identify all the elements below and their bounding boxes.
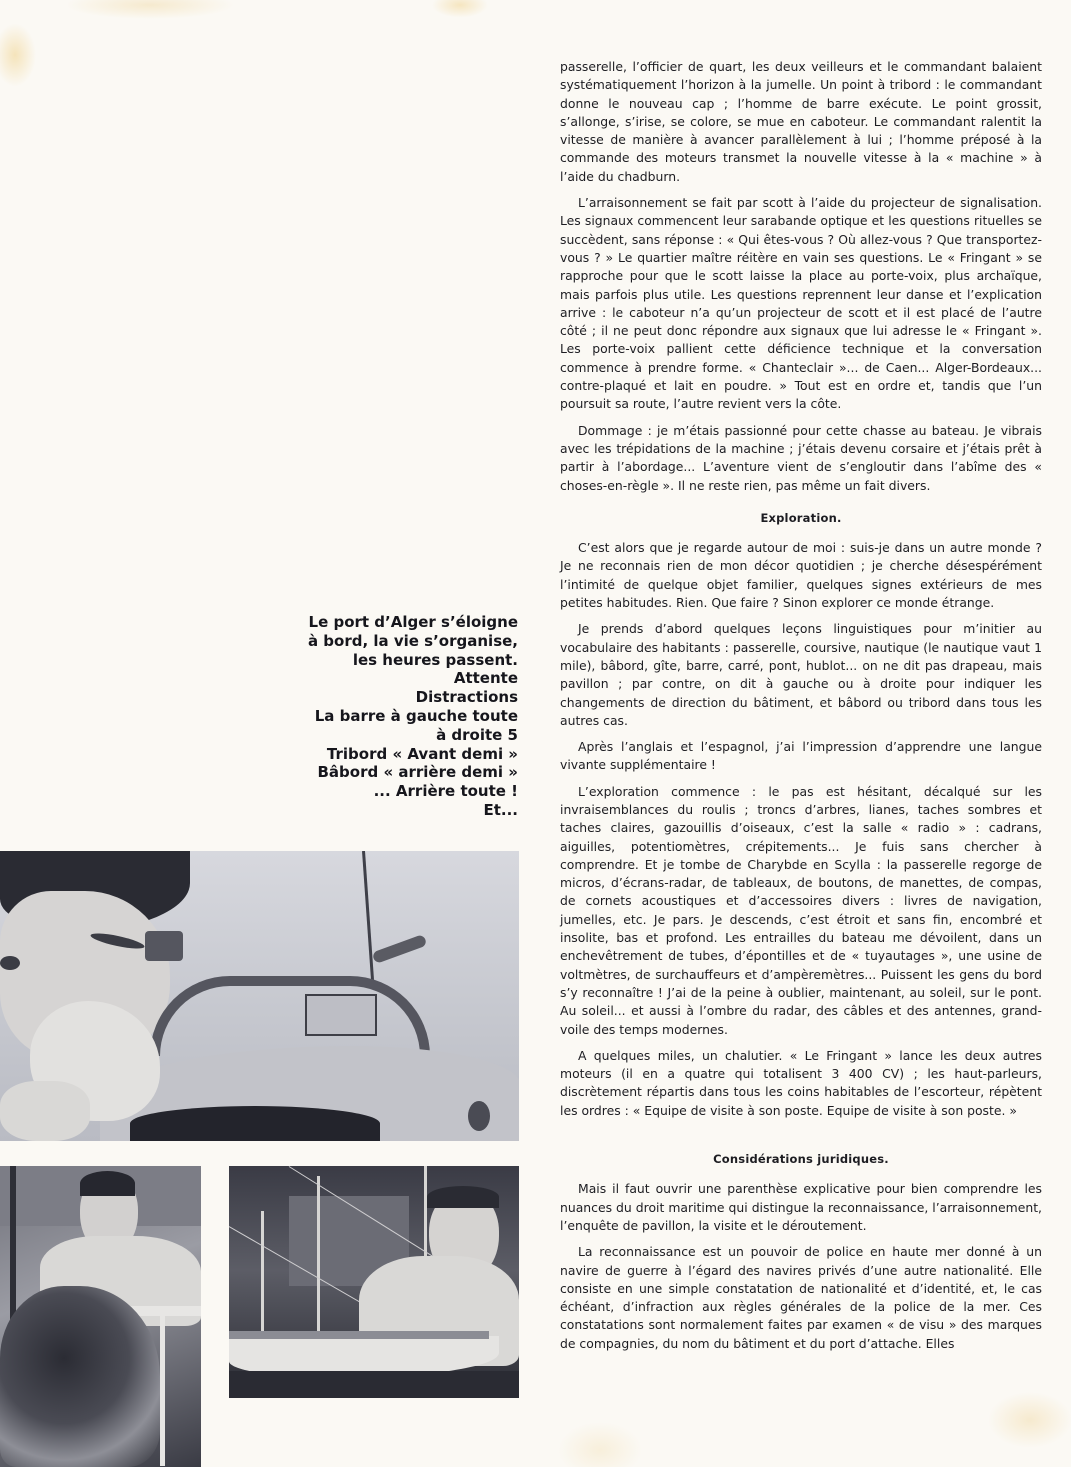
article-paragraph: Mais il faut ouvrir une parenthèse expli… <box>560 1180 1042 1235</box>
photo-sailor-model-ship <box>229 1166 519 1398</box>
pull-quote-line: à droite 5 <box>300 726 518 745</box>
pull-quote: Le port d’Alger s’éloigne à bord, la vie… <box>300 613 518 820</box>
article-column: passerelle, l’officier de quart, les deu… <box>560 58 1042 1361</box>
article-paragraph: Après l’anglais et l’espagnol, j’ai l’im… <box>560 738 1042 775</box>
article-paragraph: La reconnaissance est un pouvoir de poli… <box>560 1243 1042 1353</box>
pull-quote-line: Attente <box>300 669 518 688</box>
pull-quote-line: Bâbord « arrière demi » <box>300 763 518 782</box>
article-paragraph: L’exploration commence : le pas est hési… <box>560 783 1042 1039</box>
article-paragraph: A quelques miles, un chalutier. « Le Fri… <box>560 1047 1042 1120</box>
article-paragraph: Dommage : je m’étais passionné pour cett… <box>560 422 1042 495</box>
article-paragraph: Je prends d’abord quelques leçons lingui… <box>560 620 1042 730</box>
pull-quote-line: La barre à gauche toute <box>300 707 518 726</box>
photo-sailor-with-dog <box>0 1166 201 1467</box>
section-heading-exploration: Exploration. <box>560 509 1042 527</box>
pull-quote-line: les heures passent. <box>300 651 518 670</box>
pull-quote-line: ... Arrière toute ! <box>300 782 518 801</box>
pull-quote-line: Le port d’Alger s’éloigne <box>300 613 518 632</box>
pull-quote-line: Tribord « Avant demi » <box>300 745 518 764</box>
photo-sailor-bearing-sight <box>0 851 519 1141</box>
pull-quote-line: Et... <box>300 801 518 820</box>
pull-quote-line: Distractions <box>300 688 518 707</box>
article-paragraph: C’est alors que je regarde autour de moi… <box>560 539 1042 612</box>
pull-quote-line: à bord, la vie s’organise, <box>300 632 518 651</box>
article-paragraph: passerelle, l’officier de quart, les deu… <box>560 58 1042 186</box>
section-heading-legal: Considérations juridiques. <box>560 1150 1042 1168</box>
article-paragraph: L’arraisonnement se fait par scott à l’a… <box>560 194 1042 414</box>
